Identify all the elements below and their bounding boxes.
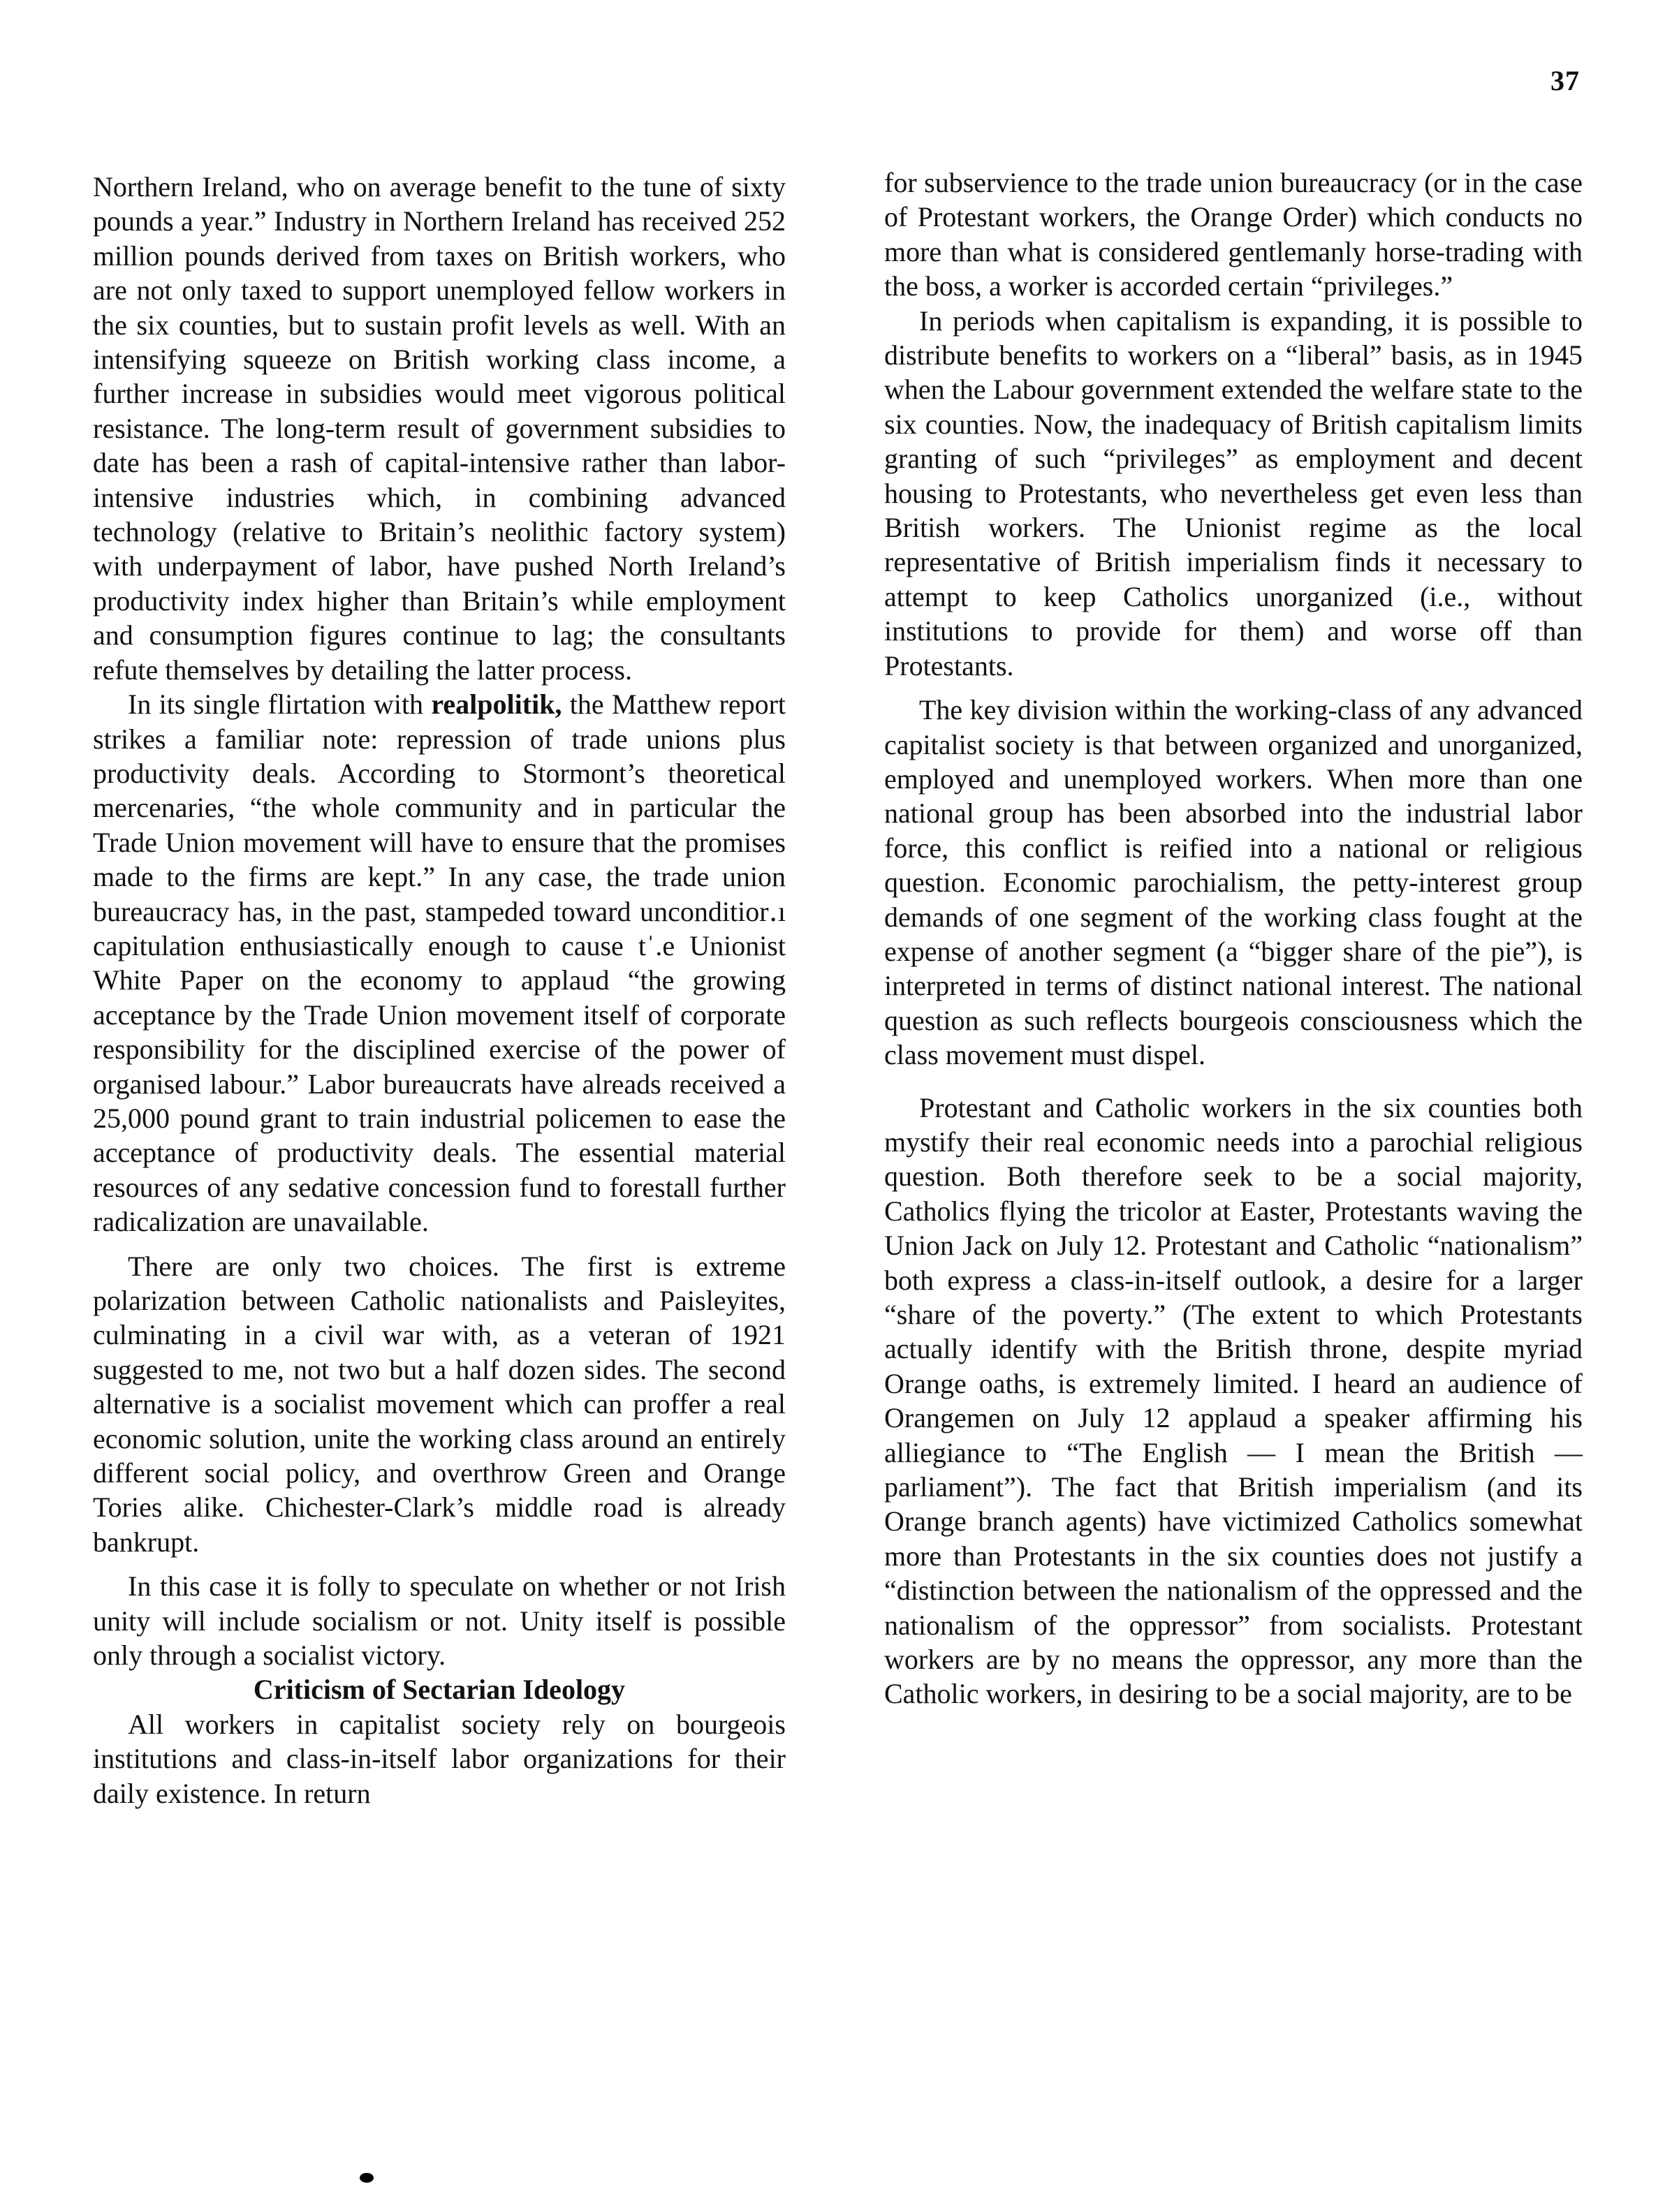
paragraph: The key division within the working-clas… bbox=[884, 693, 1583, 1072]
paragraph: In this case it is folly to speculate on… bbox=[93, 1569, 786, 1672]
paragraph: In periods when capitalism is expanding,… bbox=[884, 304, 1583, 683]
right-column: for subservience to the trade union bure… bbox=[884, 165, 1583, 1711]
paragraph: All workers in capitalist society rely o… bbox=[93, 1707, 786, 1811]
paragraph-text: In its single flirtation with bbox=[128, 688, 431, 720]
section-heading: Criticism of Sectarian Ideology bbox=[93, 1672, 786, 1706]
paragraph-realpolitik: In its single flirtation with realpoliti… bbox=[93, 687, 786, 1239]
emphasized-term: realpolitik, bbox=[431, 688, 562, 720]
page-number: 37 bbox=[1550, 64, 1580, 97]
paragraph-text: the Matthew report strikes a familiar no… bbox=[93, 688, 786, 1237]
paragraph: There are only two choices. The first is… bbox=[93, 1249, 786, 1560]
paragraph: Protestant and Catholic workers in the s… bbox=[884, 1091, 1583, 1711]
left-column: Northern Ireland, who on average benefit… bbox=[93, 170, 786, 1811]
paragraph: Northern Ireland, who on average benefit… bbox=[93, 170, 786, 687]
paragraph: for subservience to the trade union bure… bbox=[884, 165, 1583, 304]
ink-blot bbox=[360, 2173, 374, 2183]
